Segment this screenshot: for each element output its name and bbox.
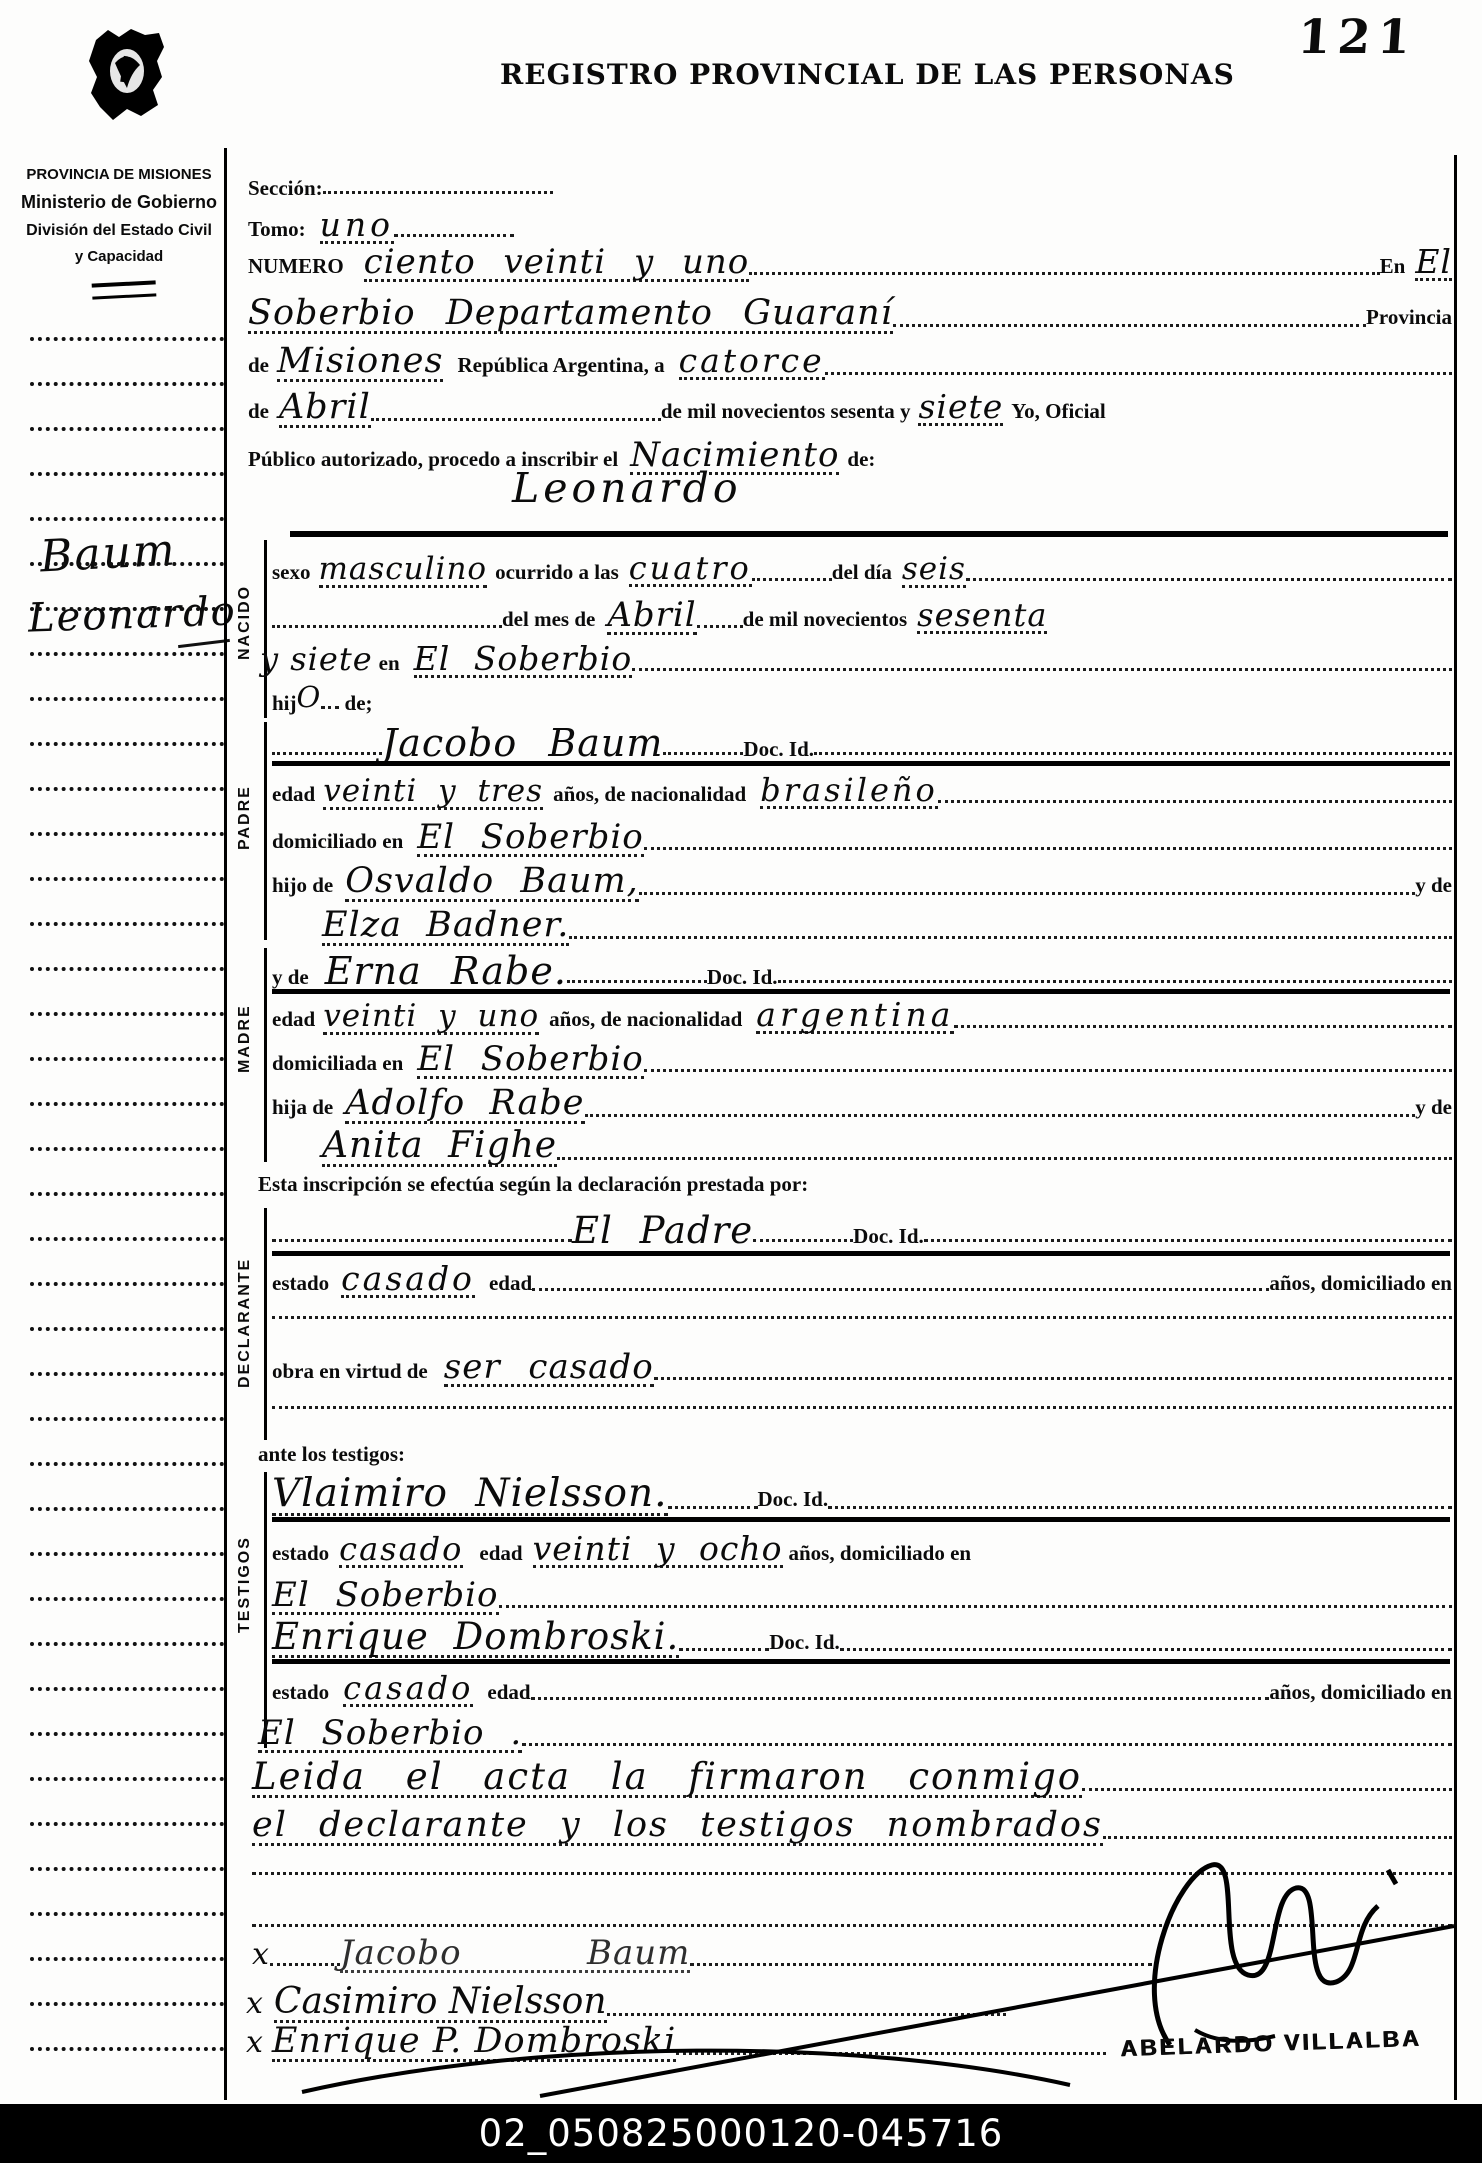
margin-note-surname: Baum <box>39 524 178 582</box>
dotted-line <box>778 980 1453 983</box>
de-label2: de <box>248 399 269 424</box>
margin-dotted-line <box>30 922 224 926</box>
ocurrido-label: ocurrido a las <box>495 560 619 585</box>
dotted-line <box>893 324 1366 327</box>
margin-dotted-line <box>30 517 224 521</box>
republica-label: República Argentina, a <box>457 353 664 378</box>
testigo1-edad-value: veinti y ocho <box>533 1532 783 1568</box>
tomo-value: uno <box>320 208 394 244</box>
margin-dotted-line <box>30 1462 224 1466</box>
dotted-line <box>697 625 743 628</box>
margin-dotted-line <box>30 1822 224 1826</box>
dotted-line <box>663 752 743 755</box>
madre-underline <box>272 989 1450 994</box>
declarante-estado-value: casado <box>341 1262 475 1298</box>
dotted-line <box>752 578 832 581</box>
testigo2-domicilio-label: años, domiciliado en <box>1269 1680 1452 1705</box>
section-label-declarante: DECLARANTE <box>228 1243 262 1403</box>
margin-dotted-line <box>30 787 224 791</box>
closing-line1: Leida el acta la firmaron conmigo <box>252 1758 1082 1798</box>
sidebar-ministry: Ministerio de Gobierno <box>14 192 224 213</box>
place-row: Soberbio Departamento Guaraní Provincia <box>248 296 1452 334</box>
padre-nombre: Jacobo Baum <box>382 724 663 762</box>
padre-abuelo-row: hijo de Osvaldo Baum, y de <box>272 864 1452 902</box>
madre-abuela-row: Anita Fighe <box>272 1128 1452 1167</box>
margin-dotted-line <box>30 1777 224 1781</box>
margin-dotted-line <box>30 1642 224 1646</box>
sexo-label: sexo <box>272 560 311 585</box>
dotted-line <box>828 1506 1452 1509</box>
padre-rule <box>264 722 267 940</box>
madre-abuela-value: Anita Fighe <box>322 1128 557 1167</box>
dotted-line <box>272 752 382 755</box>
dia-value: seis <box>902 554 966 588</box>
dotted-line <box>679 1648 769 1651</box>
madre-nombre: Erna Rabe. <box>325 952 567 990</box>
madre-domicilio-label: domiciliada en <box>272 1051 403 1076</box>
tomo-row: Tomo: uno <box>248 208 678 244</box>
margin-dotted-line <box>30 1732 224 1736</box>
dotted-line <box>840 1648 1452 1651</box>
day-value: catorce <box>679 344 825 380</box>
declarante-nombre-row: El Padre Doc. Id. <box>272 1212 1452 1249</box>
declaracion-intro-label: Esta inscripción se efectúa según la dec… <box>258 1172 808 1197</box>
testigo2-domicilio-value: El Soberbio . <box>258 1716 522 1753</box>
declarante-estado-label: estado <box>272 1271 329 1296</box>
margin-dotted-line <box>30 472 224 476</box>
testigos-intro-row: ante los testigos: <box>258 1442 858 1467</box>
sidebar-division: División del Estado Civil <box>14 222 224 240</box>
margin-dotted-line <box>30 562 224 566</box>
padre-nacionalidad-value: brasileño <box>760 774 938 809</box>
margin-dotted-line <box>30 967 224 971</box>
obra-row: obra en virtud de ser casado <box>272 1350 1452 1387</box>
sidebar-province: PROVINCIA DE MISIONES <box>14 166 224 183</box>
madre-abuelo-row: hija de Adolfo Rabe y de <box>272 1086 1452 1124</box>
madre-nacionalidad-label: años, de nacionalidad <box>549 1007 742 1032</box>
dotted-line <box>654 1377 1452 1380</box>
testigo1-edad-label: edad <box>479 1541 522 1566</box>
obra-label: obra en virtud de <box>272 1359 428 1384</box>
numero-value: ciento veinti y uno <box>364 245 750 282</box>
blank-dotted-row <box>272 1316 1452 1326</box>
madre-edad-row: edad veinti y uno años, de nacionalidad … <box>272 998 1452 1035</box>
declarante-nombre: El Padre <box>572 1212 753 1249</box>
dotted-line <box>272 1239 572 1242</box>
margin-dotted-line <box>30 1372 224 1376</box>
en-label: En <box>1380 254 1406 279</box>
margin-dotted-line <box>30 697 224 701</box>
lugar-value: El Soberbio <box>414 642 633 678</box>
padre-nombre-row: Jacobo Baum Doc. Id. <box>272 724 1452 762</box>
sexo-value: masculino <box>319 554 488 588</box>
dotted-line <box>585 1114 1416 1117</box>
dotted-line <box>825 372 1452 375</box>
seccion-label: Sección: <box>248 176 323 201</box>
obra-value: ser casado <box>444 1350 654 1387</box>
madre-rule <box>264 948 267 1162</box>
margin-dotted-line <box>30 2002 224 2006</box>
margin-dotted-line <box>30 1102 224 1106</box>
dotted-line <box>371 418 661 421</box>
dia-label: del día <box>832 560 892 585</box>
madre-nacionalidad-value: argentina <box>756 998 954 1034</box>
margin-dotted-line <box>30 1057 224 1061</box>
margin-dotted-line <box>30 337 224 341</box>
declaracion-intro-row: Esta inscripción se efectúa según la dec… <box>258 1172 1452 1197</box>
testigo2-estado-label: estado <box>272 1680 329 1705</box>
madre-abuelo-value: Adolfo Rabe <box>345 1086 584 1124</box>
padre-doc-id-label: Doc. Id. <box>743 737 814 762</box>
year-label: de mil novecientos sesenta y <box>661 399 911 424</box>
madre-nombre-row: y de Erna Rabe. Doc. Id. <box>272 952 1452 990</box>
padre-domicilio-value: El Soberbio <box>417 820 644 857</box>
tomo-label: Tomo: <box>248 217 306 242</box>
closing-line1-row: Leida el acta la firmaron conmigo <box>252 1758 1452 1798</box>
anio-value1: sesenta <box>917 599 1047 634</box>
testigo1-nombre-row: Vlaimiro Nielsson. Doc. Id. <box>272 1474 1452 1516</box>
margin-dotted-line <box>30 607 224 611</box>
padre-underline <box>272 761 1450 766</box>
dotted-line <box>814 752 1452 755</box>
madre-doc-id-label: Doc. Id. <box>707 965 778 990</box>
mes-value: Abril <box>607 598 696 635</box>
section-label-madre: MADRE <box>228 995 262 1083</box>
dotted-line <box>272 625 502 628</box>
provincia-label: Provincia <box>1366 305 1452 330</box>
testigo1-underline <box>272 1517 1450 1522</box>
dotted-line <box>1103 1836 1452 1839</box>
padre-edad-value: veinti y tres <box>323 776 543 810</box>
dotted-line <box>557 1157 1452 1160</box>
hijo-label-a: hij <box>272 691 297 716</box>
testigo2-nombre: Enrique Dombroski. <box>272 1618 679 1658</box>
margin-dotted-line <box>30 1957 224 1961</box>
hijo-value-o: O <box>297 683 322 712</box>
testigos-intro-label: ante los testigos: <box>258 1442 405 1467</box>
declarante-underline <box>272 1251 1450 1256</box>
dotted-line <box>938 800 1452 803</box>
testigo1-domicilio-value: El Soberbio <box>272 1578 499 1615</box>
place-value: Soberbio Departamento Guaraní <box>248 296 893 334</box>
testigo2-doc-id-label: Doc. Id. <box>769 1630 840 1655</box>
dotted-line <box>632 668 1452 671</box>
sidebar-division2: y Capacidad <box>14 248 224 265</box>
dotted-line <box>753 1239 853 1242</box>
nacido-rule <box>264 540 267 718</box>
section-label-padre: PADRE <box>228 772 262 864</box>
official-signature-icon <box>240 1840 1460 2110</box>
madre-domicilio-row: domiciliada en El Soberbio <box>272 1042 1452 1079</box>
sexo-row: sexo masculino ocurrido a las cuatro del… <box>272 552 1452 588</box>
dotted-line <box>639 892 1415 895</box>
dotted-line <box>531 1697 1270 1700</box>
declarante-domicilio-label: años, domiciliado en <box>1269 1271 1452 1296</box>
margin-dotted-line <box>30 2047 224 2051</box>
margin-dotted-line <box>30 652 224 656</box>
right-form-rule <box>1454 155 1457 2100</box>
hora-value: cuatro <box>629 552 752 587</box>
hijo-de-row: hij O de; <box>272 686 672 716</box>
blank-dotted-row <box>272 1406 1452 1416</box>
dotted-line <box>522 1743 1452 1746</box>
dotted-line <box>924 1239 1452 1242</box>
page-title: REGISTRO PROVINCIAL DE LAS PERSONAS <box>500 58 1235 91</box>
page-number: 121 <box>1296 10 1419 65</box>
birth-certificate-scan: 121 REGISTRO PROVINCIAL DE LAS PERSONAS … <box>0 0 1482 2163</box>
testigo2-domicilio-row: El Soberbio . <box>258 1716 1452 1753</box>
margin-dotted-line <box>30 742 224 746</box>
madre-edad-label: edad <box>272 1007 315 1032</box>
testigo1-domicilio-row: El Soberbio <box>272 1578 1452 1615</box>
year-value: siete <box>918 390 1003 426</box>
madre-edad-value: veinti y uno <box>323 1001 539 1035</box>
numero-row: NUMERO ciento veinti y uno En El <box>248 245 1452 282</box>
scan-code-bar: 02_050825000120-045716 <box>0 2104 1482 2163</box>
testigo2-estado-value: casado <box>343 1672 473 1707</box>
padre-edad-row: edad veinti y tres años, de nacionalidad… <box>272 774 1452 810</box>
margin-dotted-line <box>30 832 224 836</box>
dotted-line <box>569 936 1452 939</box>
margin-dotted-line <box>30 1417 224 1421</box>
declarante-rule <box>264 1208 267 1440</box>
dotted-line <box>272 1406 1452 1409</box>
madre-y-de-label2: y de <box>1415 1095 1452 1120</box>
dotted-line <box>668 1506 758 1509</box>
testigos-rule <box>264 1472 267 1748</box>
dotted-line <box>394 234 514 237</box>
margin-dotted-line <box>30 1147 224 1151</box>
declarante-edad-label: edad <box>489 1271 532 1296</box>
dotted-line <box>532 1288 1269 1291</box>
hijo-label-b: de; <box>339 691 372 716</box>
testigo1-nombre: Vlaimiro Nielsson. <box>272 1474 668 1516</box>
dotted-line <box>954 1025 1452 1028</box>
margin-dotted-line <box>30 1012 224 1016</box>
dotted-line <box>644 1069 1452 1072</box>
child-name: Leonardo <box>512 468 742 509</box>
margin-dotted-line <box>30 1912 224 1916</box>
testigo2-edad-label: edad <box>487 1680 530 1705</box>
margin-dotted-line <box>30 1507 224 1511</box>
declarante-doc-id-label: Doc. Id. <box>853 1224 924 1249</box>
month-year-row: de Abril de mil novecientos sesenta y si… <box>248 390 1452 428</box>
testigo2-estado-row: estado casado edad años, domiciliado en <box>272 1672 1452 1707</box>
testigo1-estado-row: estado casado edad veinti y ocho años, d… <box>272 1532 1452 1568</box>
padre-domicilio-label: domiciliado en <box>272 829 403 854</box>
margin-dotted-line <box>30 1687 224 1691</box>
padre-edad-label: edad <box>272 782 315 807</box>
anio-label: de mil novecientos <box>743 607 907 632</box>
en-label2: en <box>379 651 400 676</box>
dotted-line <box>966 578 1452 581</box>
dotted-line <box>323 191 553 194</box>
padre-hijo-de-label: hijo de <box>272 873 333 898</box>
seccion-row: Sección: <box>248 176 678 201</box>
dotted-line <box>644 847 1452 850</box>
padre-y-de-label: y de <box>1415 873 1452 898</box>
name-underline <box>290 531 1448 537</box>
month-value: Abril <box>279 390 371 428</box>
margin-dotted-line <box>30 1327 224 1331</box>
testigo2-nombre-row: Enrique Dombroski. Doc. Id. <box>272 1618 1452 1658</box>
numero-label: NUMERO <box>248 254 344 279</box>
margin-dotted-line <box>30 877 224 881</box>
margin-dotted-line <box>30 1597 224 1601</box>
margin-note-dash <box>178 639 230 648</box>
testigo1-doc-id-label: Doc. Id. <box>758 1487 829 1512</box>
oficial-label: Yo, Oficial <box>1011 399 1106 424</box>
dotted-line <box>321 706 339 709</box>
sidebar-flourish <box>92 280 157 299</box>
madre-domicilio-value: El Soberbio <box>417 1042 644 1079</box>
testigo1-domicilio-label: años, domiciliado en <box>789 1541 972 1566</box>
testigo1-estado-label: estado <box>272 1541 329 1566</box>
lugar-row: y siete en El Soberbio <box>260 642 1452 678</box>
madre-y-de-label: y de <box>272 965 309 990</box>
section-label-nacido: NACIDO <box>228 552 262 692</box>
madre-hija-de-label: hija de <box>272 1095 333 1120</box>
anio-value2: y siete <box>260 643 373 675</box>
testigo2-underline <box>272 1659 1450 1664</box>
left-form-rule <box>224 148 227 2100</box>
margin-dotted-line <box>30 1237 224 1241</box>
child-name-row: Leonardo <box>272 468 1452 509</box>
mes-label: del mes de <box>502 607 595 632</box>
dotted-line <box>499 1605 1452 1608</box>
dotted-line <box>567 980 707 983</box>
padre-abuela-row: Elza Badner. <box>272 908 1452 946</box>
en-value: El <box>1415 245 1452 281</box>
dotted-line <box>1082 1788 1452 1791</box>
margin-note-givenname: Leonardo <box>27 588 237 641</box>
padre-abuela-value: Elza Badner. <box>322 908 569 946</box>
margin-dotted-line <box>30 1867 224 1871</box>
dotted-line <box>749 272 1379 275</box>
margin-dotted-line <box>30 1282 224 1286</box>
padre-domicilio-row: domiciliado en El Soberbio <box>272 820 1452 857</box>
scan-code: 02_050825000120-045716 <box>479 2112 1004 2155</box>
dotted-line <box>272 1316 1452 1319</box>
margin-dotted-line <box>30 1552 224 1556</box>
margin-dotted-line <box>30 382 224 386</box>
margin-dotted-line <box>30 427 224 431</box>
declarante-estado-row: estado casado edad años, domiciliado en <box>272 1262 1452 1298</box>
provincial-seal-icon <box>86 26 170 124</box>
padre-abuelo-value: Osvaldo Baum, <box>345 864 639 902</box>
section-label-testigos: TESTIGOS <box>228 1522 262 1647</box>
province-row: de Misiones República Argentina, a cator… <box>248 344 1452 382</box>
mes-row: del mes de Abril de mil novecientos sese… <box>272 598 1452 635</box>
testigo1-estado-value: casado <box>339 1533 463 1568</box>
province-value: Misiones <box>277 344 443 382</box>
padre-nacionalidad-label: años, de nacionalidad <box>553 782 746 807</box>
margin-dotted-line <box>30 1192 224 1196</box>
de-label: de <box>248 353 269 378</box>
